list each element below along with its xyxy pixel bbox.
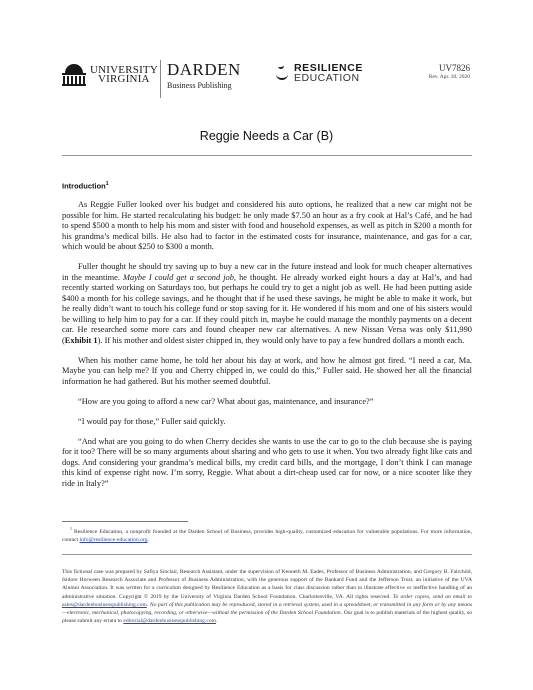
footnote-marker: 1 bbox=[106, 181, 109, 187]
uva-logo: UNIVERSITY VIRGINIA bbox=[62, 64, 158, 86]
fine-print-rule bbox=[62, 554, 472, 555]
title-rule bbox=[62, 155, 472, 156]
footnote: 1 Resilience Education, a nonprofit foun… bbox=[62, 525, 472, 544]
revision-date: Rev. Apr. 30, 2020 bbox=[429, 73, 470, 81]
resilience-logo-line2: EDUCATION bbox=[294, 73, 363, 83]
paragraph-6: “And what are you going to do when Cherr… bbox=[62, 437, 472, 490]
exhibit-reference: Exhibit 1 bbox=[65, 336, 98, 345]
paragraph-4: “How are you going to afford a new car? … bbox=[62, 397, 472, 408]
logo-divider bbox=[160, 60, 161, 98]
darden-logo: DARDEN Business Publishing bbox=[167, 61, 241, 91]
footnote-separator bbox=[62, 521, 188, 522]
paragraph-2: Fuller thought he should try saving up t… bbox=[62, 262, 472, 346]
document-title: Reggie Needs a Car (B) bbox=[0, 129, 533, 143]
section-heading-introduction: Introduction1 bbox=[62, 181, 109, 191]
paragraph-1: As Reggie Fuller looked over his budget … bbox=[62, 200, 472, 253]
document-code: UV7826 bbox=[429, 63, 470, 73]
rotunda-icon bbox=[62, 64, 86, 86]
uva-logo-line2: VIRGINIA bbox=[90, 75, 158, 84]
resilience-mark-icon bbox=[276, 63, 290, 83]
paragraph-3: When his mother came home, he told her a… bbox=[62, 356, 472, 388]
resilience-logo: RESILIENCE EDUCATION bbox=[276, 63, 363, 83]
darden-logo-subtitle: Business Publishing bbox=[167, 81, 241, 91]
italic-thought: Maybe I could get a second job bbox=[123, 273, 234, 282]
paragraph-5: “I would pay for those,” Fuller said qui… bbox=[62, 417, 472, 428]
document-header: UNIVERSITY VIRGINIA DARDEN Business Publ… bbox=[0, 60, 533, 105]
section-heading-text: Introduction bbox=[62, 182, 106, 191]
sales-email-link[interactable]: sales@dardenbusinesspublishing.com bbox=[62, 602, 147, 608]
copyright-fine-print: This fictional case was prepared by Safi… bbox=[62, 568, 472, 625]
document-id: UV7826 Rev. Apr. 30, 2020 bbox=[429, 63, 470, 81]
darden-logo-name: DARDEN bbox=[167, 61, 241, 79]
resilience-email-link[interactable]: info@resilience-education.org bbox=[80, 537, 148, 543]
editorial-email-link[interactable]: editorial@dardenbusinesspublishing.com bbox=[123, 618, 216, 624]
body-text: As Reggie Fuller looked over his budget … bbox=[62, 200, 472, 499]
